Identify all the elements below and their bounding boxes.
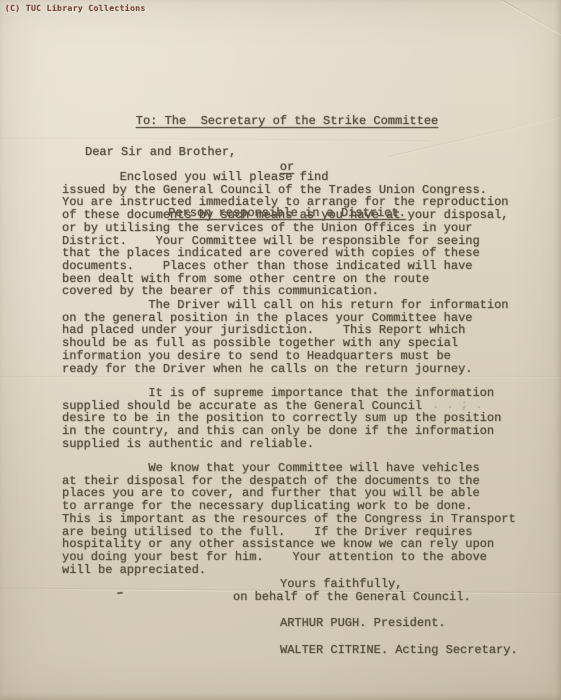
faded-erased-text: . . ; . <box>432 399 482 412</box>
scanned-letter-page: (C) TUC Library Collections To: The Secr… <box>0 0 561 700</box>
stray-pen-mark <box>117 592 123 595</box>
signature-president: ARTHUR PUGH. President. <box>280 617 446 630</box>
salutation: Dear Sir and Brother, <box>85 146 236 159</box>
top-right-corner-crease <box>503 0 561 35</box>
heading-addressee-line: To: The Secretary of the Strike Committe… <box>136 114 438 128</box>
paragraph-4: We know that your Committee will have ve… <box>62 462 516 576</box>
closing-on-behalf: on behalf of the General Council. <box>233 591 471 604</box>
paragraph-3: It is of supreme importance that the inf… <box>62 387 501 451</box>
copyright-watermark: (C) TUC Library Collections <box>5 4 146 13</box>
paragraph-1: Enclosed you will please find issued by … <box>62 171 508 298</box>
signature-acting-secretary: WALTER CITRINE. Acting Secretary. <box>280 644 518 657</box>
closing-yours-faithfully: Yours faithfully, <box>280 578 402 591</box>
middle-fold-crease <box>0 377 561 378</box>
paragraph-2: The Driver will call on his return for i… <box>62 299 508 375</box>
